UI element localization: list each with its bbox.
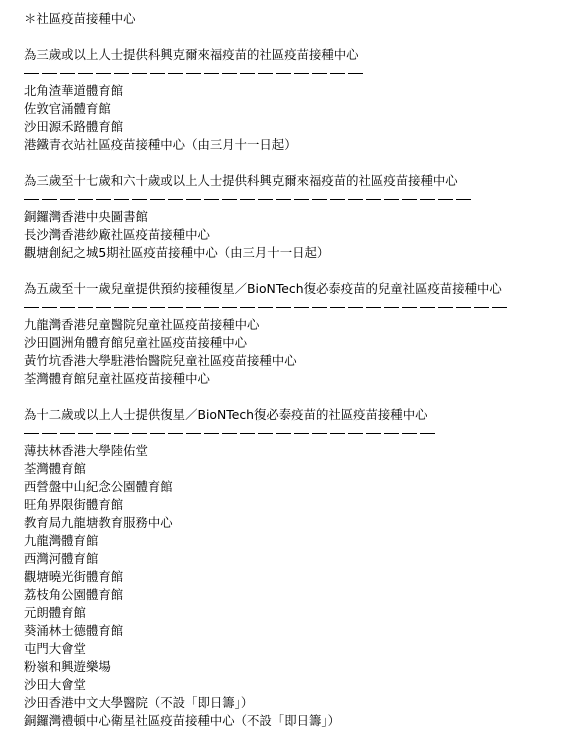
list-item: 長沙灣香港紗廠社區疫苗接種中心 [24, 226, 582, 244]
dash [312, 73, 327, 74]
dash [402, 307, 417, 308]
list-item: 觀塘曉光街體育館 [24, 568, 582, 586]
dash [60, 73, 75, 74]
list-item: 西灣河體育館 [24, 550, 582, 568]
page-title: ＊社區疫苗接種中心 [24, 10, 582, 28]
dash [240, 433, 255, 434]
dash [294, 307, 309, 308]
dash [456, 199, 471, 200]
dash [96, 73, 111, 74]
dash [348, 307, 363, 308]
dash [366, 433, 381, 434]
centre-list: 銅鑼灣香港中央圖書館長沙灣香港紗廠社區疫苗接種中心觀塘創紀之城5期社區疫苗接種中… [24, 208, 582, 262]
dash [312, 307, 327, 308]
dash [132, 433, 147, 434]
section-heading: 為十二歲或以上人士提供復星／BioNTech復必泰疫苗的社區疫苗接種中心 [24, 406, 582, 424]
dash [186, 433, 201, 434]
dash [204, 73, 219, 74]
dash [186, 199, 201, 200]
dash [420, 307, 435, 308]
dash [168, 199, 183, 200]
dash [204, 307, 219, 308]
dash [168, 307, 183, 308]
dash [294, 199, 309, 200]
dash [150, 199, 165, 200]
list-item: 荃灣體育館 [24, 460, 582, 478]
dash [222, 307, 237, 308]
document-page: ＊社區疫苗接種中心 為三歲或以上人士提供科興克爾來福疫苗的社區疫苗接種中心北角渣… [0, 0, 582, 730]
list-item: 沙田圓洲角體育館兒童社區疫苗接種中心 [24, 334, 582, 352]
centre-list: 北角渣華道體育館佐敦官涌體育館沙田源禾路體育館港鐵青衣站社區疫苗接種中心（由三月… [24, 82, 582, 154]
list-item: 粉嶺和興遊樂場 [24, 658, 582, 676]
dash [276, 433, 291, 434]
dash [96, 199, 111, 200]
dash [42, 433, 57, 434]
dash [96, 433, 111, 434]
section-heading: 為五歲至十一歲兒童提供預約接種復星／BioNTech復必泰疫苗的兒童社區疫苗接種… [24, 280, 582, 298]
dash [24, 199, 39, 200]
dash [42, 73, 57, 74]
dash [132, 73, 147, 74]
dash [150, 433, 165, 434]
dashed-separator [24, 424, 582, 442]
dash [240, 307, 255, 308]
dash [366, 307, 381, 308]
dash [276, 73, 291, 74]
dash [348, 199, 363, 200]
dash [330, 307, 345, 308]
dash [42, 307, 57, 308]
dash [114, 73, 129, 74]
dash [204, 199, 219, 200]
dash [348, 433, 363, 434]
dashed-separator [24, 64, 582, 82]
dash [24, 307, 39, 308]
list-item: 旺角界限街體育館 [24, 496, 582, 514]
dash [96, 307, 111, 308]
dash [330, 73, 345, 74]
section-heading: 為三歲或以上人士提供科興克爾來福疫苗的社區疫苗接種中心 [24, 46, 582, 64]
dashed-separator [24, 298, 582, 316]
dash [222, 199, 237, 200]
dash [78, 199, 93, 200]
dash [42, 199, 57, 200]
centre-list: 薄扶林香港大學陸佑堂荃灣體育館西營盤中山紀念公園體育館旺角界限街體育館教育局九龍… [24, 442, 582, 730]
dash [276, 199, 291, 200]
dash [60, 199, 75, 200]
list-item: 港鐵青衣站社區疫苗接種中心（由三月十一日起） [24, 136, 582, 154]
list-item: 葵涌林士德體育館 [24, 622, 582, 640]
dash [258, 433, 273, 434]
dash [132, 307, 147, 308]
dash [384, 199, 399, 200]
dash [60, 433, 75, 434]
dash [186, 307, 201, 308]
list-item: 荃灣體育館兒童社區疫苗接種中心 [24, 370, 582, 388]
list-item: 教育局九龍塘教育服務中心 [24, 514, 582, 532]
vaccination-centre-section: 為三歲或以上人士提供科興克爾來福疫苗的社區疫苗接種中心北角渣華道體育館佐敦官涌體… [24, 46, 582, 154]
dash [384, 433, 399, 434]
dash [420, 433, 435, 434]
dash [132, 199, 147, 200]
dash [330, 199, 345, 200]
list-item: 佐敦官涌體育館 [24, 100, 582, 118]
dash [186, 73, 201, 74]
list-item: 九龍灣體育館 [24, 532, 582, 550]
dash [276, 307, 291, 308]
dash [114, 199, 129, 200]
dash [402, 199, 417, 200]
dash [168, 433, 183, 434]
dash [258, 73, 273, 74]
list-item: 觀塘創紀之城5期社區疫苗接種中心（由三月十一日起） [24, 244, 582, 262]
list-item: 銅鑼灣禮頓中心衛星社區疫苗接種中心（不設「即日籌」） [24, 712, 582, 730]
vaccination-centre-section: 為五歲至十一歲兒童提供預約接種復星／BioNTech復必泰疫苗的兒童社區疫苗接種… [24, 280, 582, 388]
dash [78, 307, 93, 308]
dash [240, 199, 255, 200]
dash [114, 307, 129, 308]
list-item: 荔枝角公園體育館 [24, 586, 582, 604]
list-item: 沙田源禾路體育館 [24, 118, 582, 136]
dash [60, 307, 75, 308]
dash [222, 433, 237, 434]
list-item: 薄扶林香港大學陸佑堂 [24, 442, 582, 460]
dash [204, 433, 219, 434]
dash [150, 307, 165, 308]
dash [240, 73, 255, 74]
dash [402, 433, 417, 434]
list-item: 沙田香港中文大學醫院（不設「即日籌」） [24, 694, 582, 712]
dash [78, 433, 93, 434]
dash [168, 73, 183, 74]
list-item: 沙田大會堂 [24, 676, 582, 694]
dash [330, 433, 345, 434]
dash [258, 307, 273, 308]
list-item: 屯門大會堂 [24, 640, 582, 658]
dash [492, 307, 507, 308]
list-item: 九龍灣香港兒童醫院兒童社區疫苗接種中心 [24, 316, 582, 334]
list-item: 黃竹坑香港大學駐港怡醫院兒童社區疫苗接種中心 [24, 352, 582, 370]
dash [438, 199, 453, 200]
dash [438, 307, 453, 308]
dash [294, 73, 309, 74]
dash [420, 199, 435, 200]
dash [78, 73, 93, 74]
centre-list: 九龍灣香港兒童醫院兒童社區疫苗接種中心沙田圓洲角體育館兒童社區疫苗接種中心黃竹坑… [24, 316, 582, 388]
list-item: 銅鑼灣香港中央圖書館 [24, 208, 582, 226]
list-item: 元朗體育館 [24, 604, 582, 622]
dash [384, 307, 399, 308]
vaccination-centre-section: 為十二歲或以上人士提供復星／BioNTech復必泰疫苗的社區疫苗接種中心薄扶林香… [24, 406, 582, 730]
dash [24, 433, 39, 434]
dash [258, 199, 273, 200]
dash [366, 199, 381, 200]
sections-container: 為三歲或以上人士提供科興克爾來福疫苗的社區疫苗接種中心北角渣華道體育館佐敦官涌體… [24, 46, 582, 730]
dash [222, 73, 237, 74]
dash [150, 73, 165, 74]
dash [312, 433, 327, 434]
dash [312, 199, 327, 200]
dash [114, 433, 129, 434]
dash [348, 73, 363, 74]
list-item: 西營盤中山紀念公園體育館 [24, 478, 582, 496]
list-item: 北角渣華道體育館 [24, 82, 582, 100]
vaccination-centre-section: 為三歲至十七歲和六十歲或以上人士提供科興克爾來福疫苗的社區疫苗接種中心銅鑼灣香港… [24, 172, 582, 262]
dash [24, 73, 39, 74]
section-heading: 為三歲至十七歲和六十歲或以上人士提供科興克爾來福疫苗的社區疫苗接種中心 [24, 172, 582, 190]
dash [294, 433, 309, 434]
dash [456, 307, 471, 308]
dashed-separator [24, 190, 582, 208]
dash [474, 307, 489, 308]
